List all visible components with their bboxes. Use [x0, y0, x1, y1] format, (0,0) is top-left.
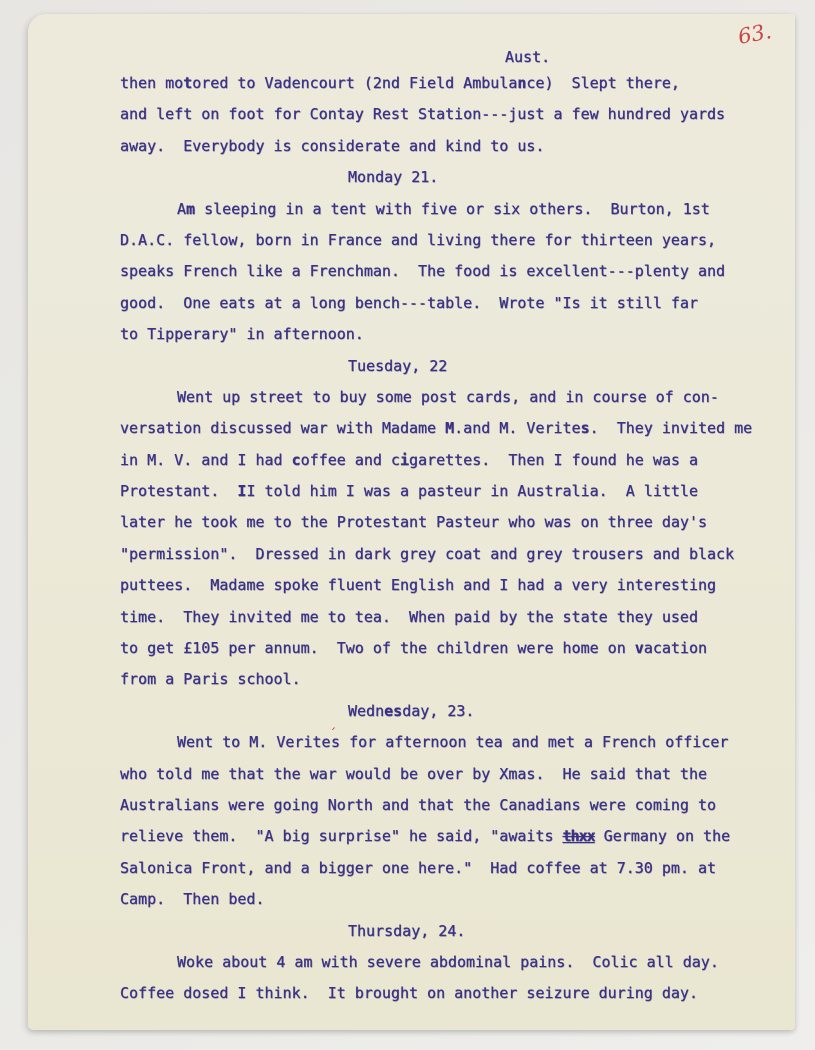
typewritten-text: and left on foot for Contay Rest Station…	[120, 105, 725, 123]
typewritten-text: acation	[644, 639, 707, 657]
typewritten-text: ored to Vadencourt (2nd Field Ambula	[192, 74, 517, 92]
text-line: away. Everybody is considerate and kind …	[120, 131, 782, 162]
diary-page: 63. Aust.then motored to Vadencourt (2nd…	[28, 14, 795, 1030]
text-line: Am sleeping in a tent with five or six o…	[120, 194, 782, 225]
typewritten-text: Went up street to buy some post cards, a…	[177, 388, 719, 406]
typewritten-text: speaks French like a Frenchman. The food…	[120, 262, 725, 280]
text-line: from a Paris school.	[120, 664, 782, 695]
overstrike-text: s	[581, 419, 590, 437]
text-line: to get £105 per annum. Two of the childr…	[120, 633, 782, 664]
typewritten-text: s for afternoon tea and met a French off…	[331, 733, 728, 751]
typewritten-text: puttees. Madame spoke fluent English and…	[120, 576, 716, 594]
text-line: and left on foot for Contay Rest Station…	[120, 99, 782, 130]
text-line: Protestant. II told him I was a pasteur …	[120, 476, 782, 507]
document-lines: Aust.then motored to Vadencourt (2nd Fie…	[120, 47, 782, 1010]
typewritten-text: ce) Slept there,	[526, 74, 680, 92]
text-line: Tuesday, 22	[120, 351, 782, 382]
text-line: who told me that the war would be over b…	[120, 759, 782, 790]
text-line: then motored to Vadencourt (2nd Field Am…	[120, 68, 782, 99]
typewritten-text: Thursday, 24.	[348, 922, 465, 940]
typewritten-text: then mo	[120, 74, 183, 92]
text-line: Wednesday, 23.	[120, 696, 782, 727]
typewritten-text: Salonica Front, and a bigger one here." …	[120, 859, 716, 877]
typewritten-text: time. They invited me to tea. When paid …	[120, 608, 698, 626]
typewritten-text: who told me that the war would be over b…	[120, 765, 707, 783]
scan-background: 63. Aust.then motored to Vadencourt (2nd…	[0, 0, 815, 1050]
typewritten-text: Woke about 4 am with severe abdominal pa…	[177, 953, 719, 971]
text-line: Camp. Then bed.	[120, 884, 782, 915]
typewritten-text: later he took me to the Protestant Paste…	[120, 513, 707, 531]
overstrike-text: M	[445, 419, 454, 437]
typewritten-text: "permission". Dressed in dark grey coat …	[120, 545, 734, 563]
overstrike-text: t	[183, 74, 192, 92]
text-line: to Tipperary" in afternoon.	[120, 319, 782, 350]
typewritten-text: to get £105 per annum. Two of the childr…	[120, 639, 635, 657]
text-line: puttees. Madame spoke fluent English and…	[120, 570, 782, 601]
text-line: Aust.	[120, 47, 782, 68]
text-line: Woke about 4 am with severe abdominal pa…	[120, 947, 782, 978]
typewritten-text: versation discussed war with Madame	[120, 419, 445, 437]
typewritten-text: Australians were going North and that th…	[120, 796, 716, 814]
overstrike-text: ´	[329, 727, 336, 742]
typewritten-text: Coffee dosed I think. It brought on anot…	[120, 984, 698, 1002]
typewritten-text: garettes. Then I found he was a	[409, 451, 698, 469]
text-line: Went to M. Verite´s for afternoon tea an…	[120, 727, 782, 758]
text-line: good. One eats at a long bench---table. …	[120, 288, 782, 319]
text-line: Coffee dosed I think. It brought on anot…	[120, 978, 782, 1009]
text-line: Salonica Front, and a bigger one here." …	[120, 853, 782, 884]
typewritten-text: .and M. Verite	[454, 419, 580, 437]
overstrike-text: es	[384, 702, 402, 720]
overstrike-text: c	[292, 451, 301, 469]
typewritten-text: I told him I was a pasteur in Australia.…	[246, 482, 698, 500]
typewritten-text: offee and c	[301, 451, 400, 469]
overstrike-text: thxx	[563, 827, 595, 845]
text-line: later he took me to the Protestant Paste…	[120, 507, 782, 538]
typewritten-text: . They invited me	[590, 419, 753, 437]
typewritten-text: Tuesday, 22	[348, 357, 447, 375]
typewritten-text: in M. V. and I had	[120, 451, 292, 469]
text-line: relieve them. "A big surprise" he said, …	[120, 821, 782, 852]
typewritten-text: sleeping in a tent with five or six othe…	[195, 200, 710, 218]
typewritten-text: Monday 21.	[348, 168, 438, 186]
handwritten-page-number: 63.	[736, 19, 773, 49]
typewritten-text: relieve them. "A big surprise" he said, …	[120, 827, 563, 845]
text-line: "permission". Dressed in dark grey coat …	[120, 539, 782, 570]
typewritten-text: A	[177, 200, 186, 218]
text-line: time. They invited me to tea. When paid …	[120, 602, 782, 633]
typewritten-text: Germany on the	[595, 827, 730, 845]
typewritten-text: to Tipperary" in afternoon.	[120, 325, 364, 343]
text-line: versation discussed war with Madame M.an…	[120, 413, 782, 444]
typewritten-text: Protestant.	[120, 482, 237, 500]
typewritten-text: day, 23.	[402, 702, 474, 720]
typewritten-text: away. Everybody is considerate and kind …	[120, 137, 544, 155]
typewritten-text: from a Paris school.	[120, 670, 301, 688]
text-line: Monday 21.	[120, 162, 782, 193]
text-line: in M. V. and I had coffee and cigarettes…	[120, 445, 782, 476]
text-line: D.A.C. fellow, born in France and living…	[120, 225, 782, 256]
typewritten-text: Went to M. Verite	[177, 733, 331, 751]
overstrike-text: i	[400, 451, 409, 469]
typewritten-text: Camp. Then bed.	[120, 890, 265, 908]
text-line: Thursday, 24.	[120, 916, 782, 947]
typewritten-text: D.A.C. fellow, born in France and living…	[120, 231, 716, 249]
text-line: Went up street to buy some post cards, a…	[120, 382, 782, 413]
text-line: speaks French like a Frenchman. The food…	[120, 256, 782, 287]
typewritten-text: Wedn	[348, 702, 384, 720]
overstrike-text: v	[635, 639, 644, 657]
text-line: Australians were going North and that th…	[120, 790, 782, 821]
typewritten-text: good. One eats at a long bench---table. …	[120, 294, 698, 312]
typewritten-text: Aust.	[505, 48, 550, 66]
overstrike-text: m	[186, 200, 195, 218]
